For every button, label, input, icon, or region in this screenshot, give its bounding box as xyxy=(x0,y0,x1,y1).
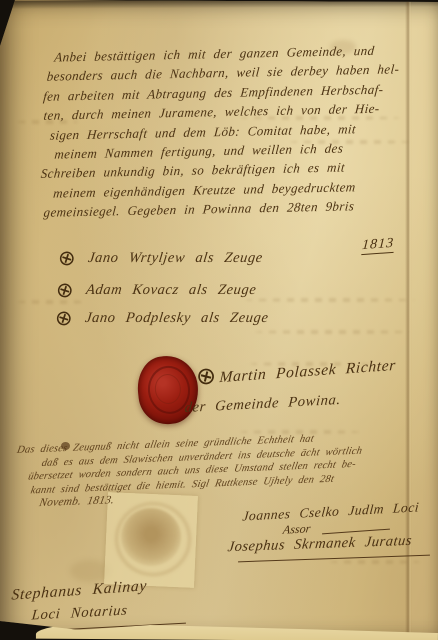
date-year: 1813 xyxy=(361,236,394,255)
witness-cross-icon: ⊕ xyxy=(53,278,76,303)
witness-row: ⊕ Jano Wrtyljew als Zeuge xyxy=(58,248,262,269)
ink-bleedthrough xyxy=(330,560,420,564)
signature-judex-title: Assor xyxy=(282,521,311,537)
right-fold-panel xyxy=(412,0,438,640)
ink-bleedthrough xyxy=(245,298,415,302)
ink-bleedthrough xyxy=(255,330,410,334)
paper-sheet: Anbei bestättigen ich mit der ganzen Gem… xyxy=(0,0,438,640)
witness-cross-icon: ⊕ xyxy=(52,306,75,331)
manuscript-photo: Anbei bestättigen ich mit der ganzen Gem… xyxy=(0,0,438,640)
main-text-block: Anbei bestättigen ich mit der ganzen Gem… xyxy=(32,40,416,223)
witness-name: Adam Kovacz als Zeuge xyxy=(85,282,257,299)
witness-name: Jano Wrtyljew als Zeuge xyxy=(87,250,264,267)
witness-cross-icon: ⊕ xyxy=(55,246,78,271)
witness-name: Jano Podplesky als Zeuge xyxy=(84,310,269,327)
witness-row: ⊕ Adam Kovacz als Zeuge xyxy=(56,280,256,301)
witness-row: ⊕ Jano Podplesky als Zeuge xyxy=(55,308,268,329)
